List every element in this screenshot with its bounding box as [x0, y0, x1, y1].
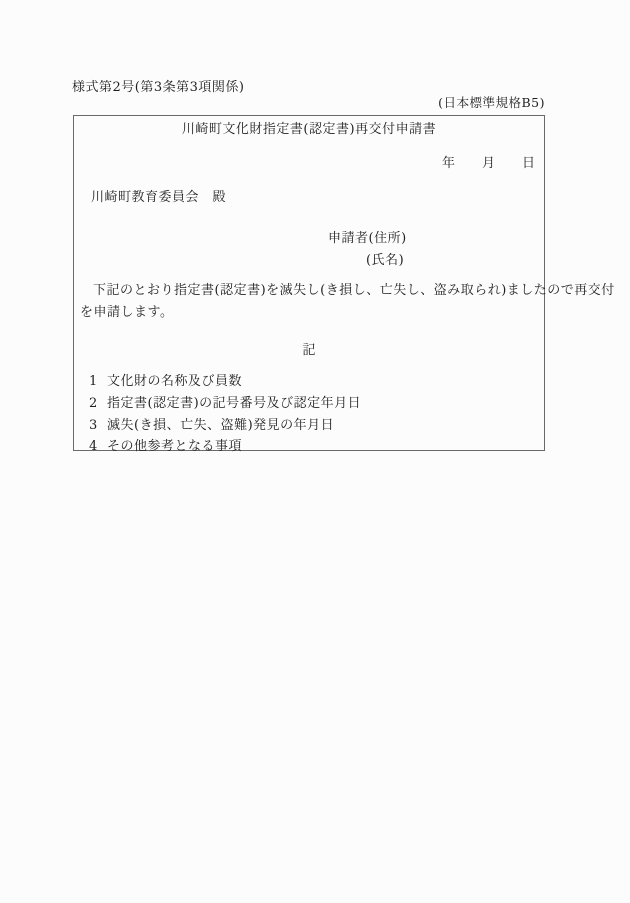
- applicant-block: 申請者(住所) (氏名): [328, 228, 407, 272]
- item-text: 文化財の名称及び員数: [107, 374, 242, 389]
- date-line: 年月日: [442, 157, 535, 170]
- list-item: 4その他参考となる事項: [89, 440, 361, 462]
- item-number: 1: [89, 375, 107, 388]
- item-number: 4: [89, 440, 107, 453]
- list-item: 1文化財の名称及び員数: [89, 375, 361, 397]
- item-text: 滅失(き損、亡失、盗難)発見の年月日: [107, 418, 334, 433]
- form-number-label: 様式第2号(第3条第3項関係): [72, 81, 244, 94]
- body-paragraph: 下記のとおり指定書(認定書)を滅失し(き損し、亡失し、盗み取られ)ましたので再交…: [80, 280, 539, 324]
- record-heading: 記: [74, 344, 544, 357]
- list-item: 2指定書(認定書)の記号番号及び認定年月日: [89, 397, 361, 419]
- document-title: 川崎町文化財指定書(認定書)再交付申請書: [74, 123, 544, 136]
- item-text: その他参考となる事項: [107, 439, 242, 454]
- item-number: 2: [89, 397, 107, 410]
- item-number: 3: [89, 419, 107, 432]
- addressee-line: 川崎町教育委員会 殿: [91, 191, 226, 204]
- paper-standard-note: (日本標準規格B5): [74, 97, 545, 110]
- date-month-label: 月: [482, 156, 495, 171]
- form-border-box: 川崎町文化財指定書(認定書)再交付申請書 年月日 川崎町教育委員会 殿 申請者(…: [73, 115, 545, 451]
- list-item: 3滅失(き損、亡失、盗難)発見の年月日: [89, 419, 361, 441]
- applicant-name-label: (氏名): [328, 250, 407, 272]
- applicant-address-label: 申請者(住所): [328, 228, 407, 250]
- body-line-1: 下記のとおり指定書(認定書)を滅失し(き損し、亡失し、盗み取られ)ましたので再交…: [80, 280, 539, 302]
- date-year-label: 年: [442, 156, 455, 171]
- body-line-2: を申請します。: [80, 302, 539, 324]
- item-list: 1文化財の名称及び員数 2指定書(認定書)の記号番号及び認定年月日 3滅失(き損…: [89, 375, 361, 462]
- date-day-label: 日: [522, 156, 535, 171]
- document-page: 様式第2号(第3条第3項関係) (日本標準規格B5) 川崎町文化財指定書(認定書…: [0, 0, 630, 903]
- item-text: 指定書(認定書)の記号番号及び認定年月日: [107, 396, 361, 411]
